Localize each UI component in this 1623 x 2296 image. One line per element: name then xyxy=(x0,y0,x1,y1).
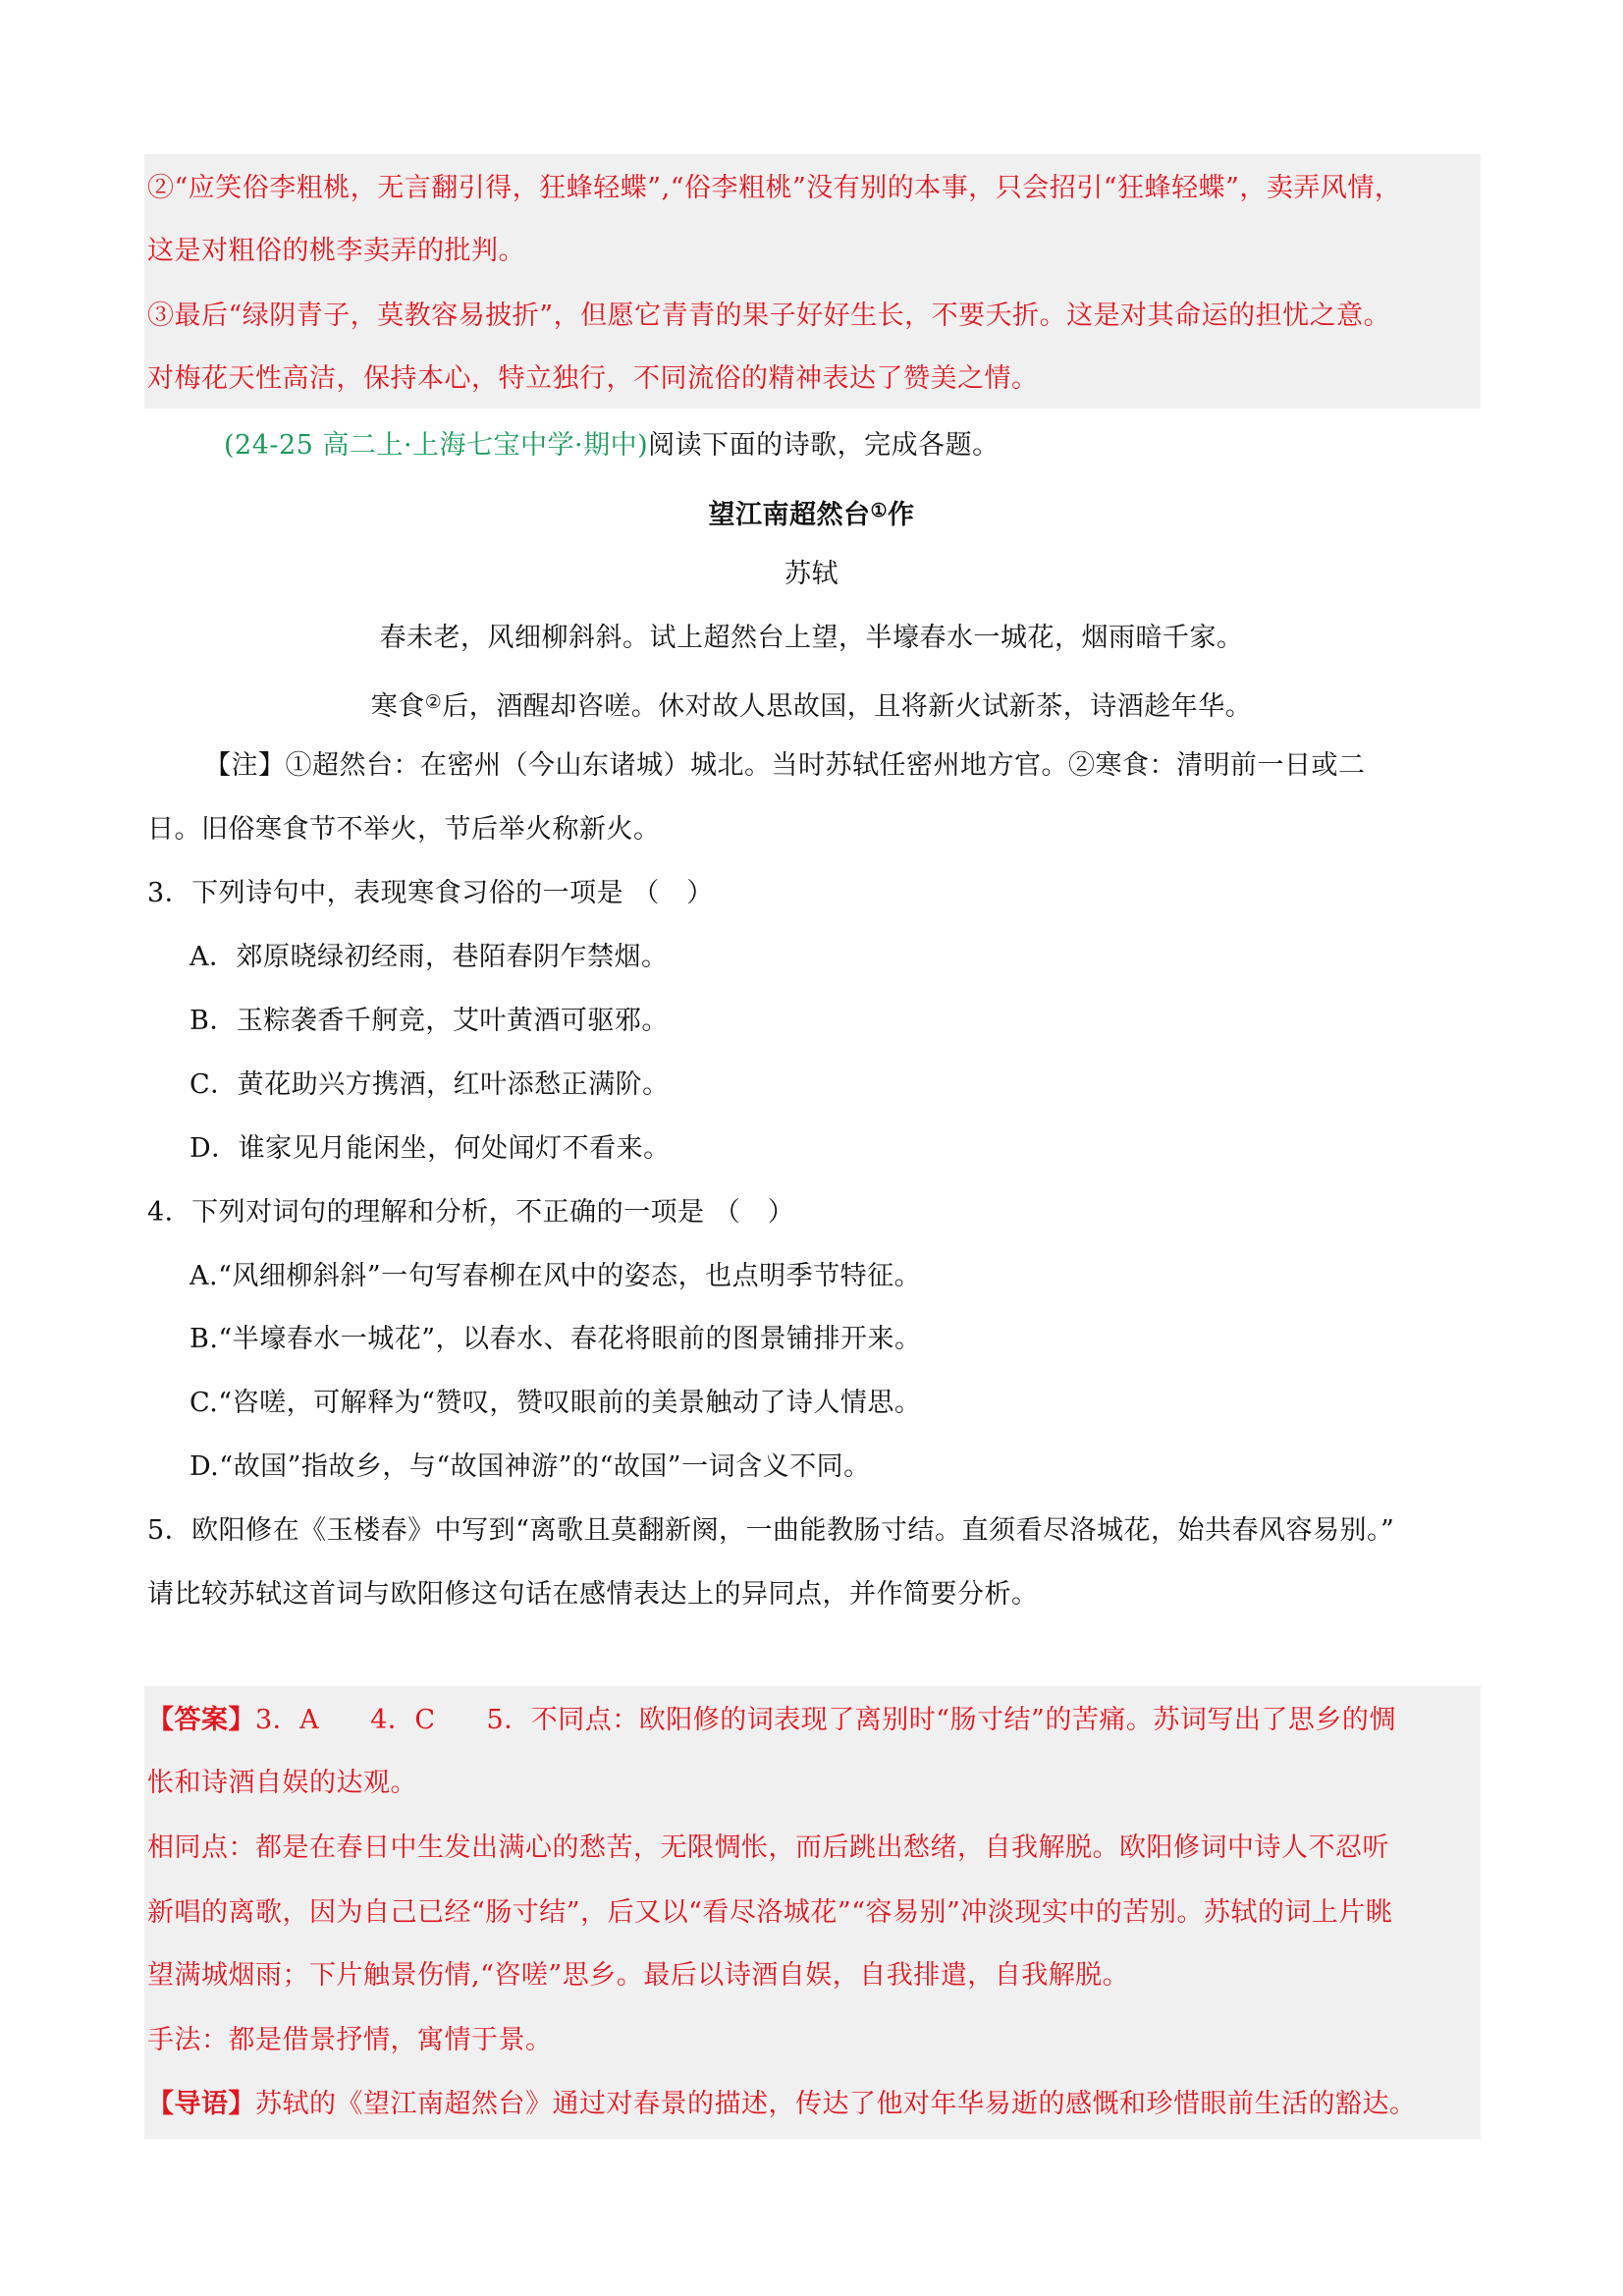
poem-line-2-post: 后，酒醒却咨嗟。休对故人思故国，且将新火试新茶，诗酒趁年华。 xyxy=(442,691,1252,722)
prev-answer-line-4: 对梅花天性高洁，保持本心，特立独行，不同流俗的精神表达了赞美之情。 xyxy=(147,361,1039,397)
answer-guide: 【导语】苏轼的《望江南超然台》通过对春景的描述，传达了他对年华易逝的感慨和珍惜眼… xyxy=(147,2087,1417,2122)
question-3-option-c: C．黄花助兴方携酒，红叶添愁正满阶。 xyxy=(189,1067,670,1103)
poem-title-note-marker: ① xyxy=(870,500,888,521)
question-4-option-a: A.“风细柳斜斜”一句写春柳在风中的姿态，也点明季节特征。 xyxy=(189,1259,921,1294)
source-line: (24-25 高二上·上海七宝中学·期中)阅读下面的诗歌，完成各题。 xyxy=(224,428,1000,464)
question-4-option-d: D.“故国”指故乡，与“故国神游”的“故国”一词含义不同。 xyxy=(189,1449,871,1485)
question-3-option-d: D．谁家见月能闲坐，何处闻灯不看来。 xyxy=(189,1131,671,1167)
question-4-stem: 4．下列对词句的理解和分析，不正确的一项是 （ ） xyxy=(147,1195,794,1230)
poem-title-suffix: 作 xyxy=(888,500,915,530)
question-3-option-a: A．郊原晓绿初经雨，巷陌春阴乍禁烟。 xyxy=(189,940,669,975)
answer-label: 【答案】 xyxy=(147,1705,255,1735)
question-3-stem: 3．下列诗句中，表现寒食习俗的一项是 （ ） xyxy=(147,876,714,911)
poem-line-1: 春未老，风细柳斜斜。试上超然台上望，半壕春水一城花，烟雨暗千家。 xyxy=(0,621,1623,656)
poem-title: 望江南超然台①作 xyxy=(0,493,1623,533)
source-tag: (24-25 高二上·上海七宝中学·期中) xyxy=(224,430,648,461)
question-4-option-c: C.“咨嗟，可解释为“赞叹，赞叹眼前的美景触动了诗人情思。 xyxy=(189,1386,921,1421)
poem-line-2: 寒食②后，酒醒却咨嗟。休对故人思故国，且将新火试新茶，诗酒趁年华。 xyxy=(0,684,1623,725)
prev-answer-line-3: ③最后“绿阴青子，莫教容易披折”，但愿它青青的果子好好生长，不要夭折。这是对其命… xyxy=(147,299,1390,334)
poem-notes-line-1: 【注】①超然台：在密州（今山东诸城）城北。当时苏轼任密州地方官。②寒食：清明前一… xyxy=(204,748,1366,784)
question-4-option-b: B.“半壕春水一城花”，以春水、春花将眼前的图景铺排开来。 xyxy=(189,1322,922,1357)
answer-same-line-3: 望满城烟雨；下片触景伤情,“咨嗟”思乡。最后以诗酒自娱，自我排遣，自我解脱。 xyxy=(147,1958,1129,1994)
answer-technique: 手法：都是借景抒情，寓情于景。 xyxy=(147,2023,553,2058)
answer-q4: 4．C xyxy=(370,1705,435,1735)
source-instruction: 阅读下面的诗歌，完成各题。 xyxy=(648,430,1000,461)
poem-title-text: 望江南超然台 xyxy=(708,500,870,530)
answer-q3: 3．A xyxy=(255,1705,319,1735)
prev-answer-line-1: ②“应笑俗李粗桃，无言翻引得，狂蜂轻蝶”,“俗李粗桃”没有别的本事，只会招引“狂… xyxy=(147,171,1401,206)
prev-answer-line-2: 这是对粗俗的桃李卖弄的批判。 xyxy=(147,234,525,269)
question-5-stem-line-2: 请比较苏轼这首词与欧阳修这句话在感情表达上的异同点，并作简要分析。 xyxy=(147,1577,1039,1613)
poem-author: 苏轼 xyxy=(0,557,1623,592)
document-page: ②“应笑俗李粗桃，无言翻引得，狂蜂轻蝶”,“俗李粗桃”没有别的本事，只会招引“狂… xyxy=(0,0,1623,2296)
poem-notes-line-2: 日。旧俗寒食节不举火，节后举火称新火。 xyxy=(147,812,661,847)
poem-line-2-note-marker: ② xyxy=(425,691,443,713)
answer-q5-line-1: 5．不同点：欧阳修的词表现了离别时“肠寸结”的苦痛。苏词写出了思乡的惆 xyxy=(487,1705,1396,1735)
poem-line-2-pre: 寒食 xyxy=(371,691,425,722)
guide-text: 苏轼的《望江南超然台》通过对春景的描述，传达了他对年华易逝的感慨和珍惜眼前生活的… xyxy=(255,2089,1417,2119)
answer-same-line-1: 相同点：都是在春日中生发出满心的愁苦，无限惆怅，而后跳出愁绪，自我解脱。欧阳修词… xyxy=(147,1831,1389,1866)
guide-label: 【导语】 xyxy=(147,2089,255,2119)
answer-q5-line-2: 怅和诗酒自娱的达观。 xyxy=(147,1766,417,1801)
question-5-stem-line-1: 5．欧阳修在《玉楼春》中写到“离歌且莫翻新阕，一曲能教肠寸结。直须看尽洛城花，始… xyxy=(147,1513,1394,1549)
answer-same-line-2: 新唱的离歌，因为自己已经“肠寸结”，后又以“看尽洛城花”“容易别”冲淡现实中的苦… xyxy=(147,1895,1392,1931)
question-3-option-b: B．玉粽袭香千舸竞，艾叶黄酒可驱邪。 xyxy=(189,1004,669,1039)
answer-line-1: 【答案】3．A4．C5．不同点：欧阳修的词表现了离别时“肠寸结”的苦痛。苏词写出… xyxy=(147,1703,1396,1738)
